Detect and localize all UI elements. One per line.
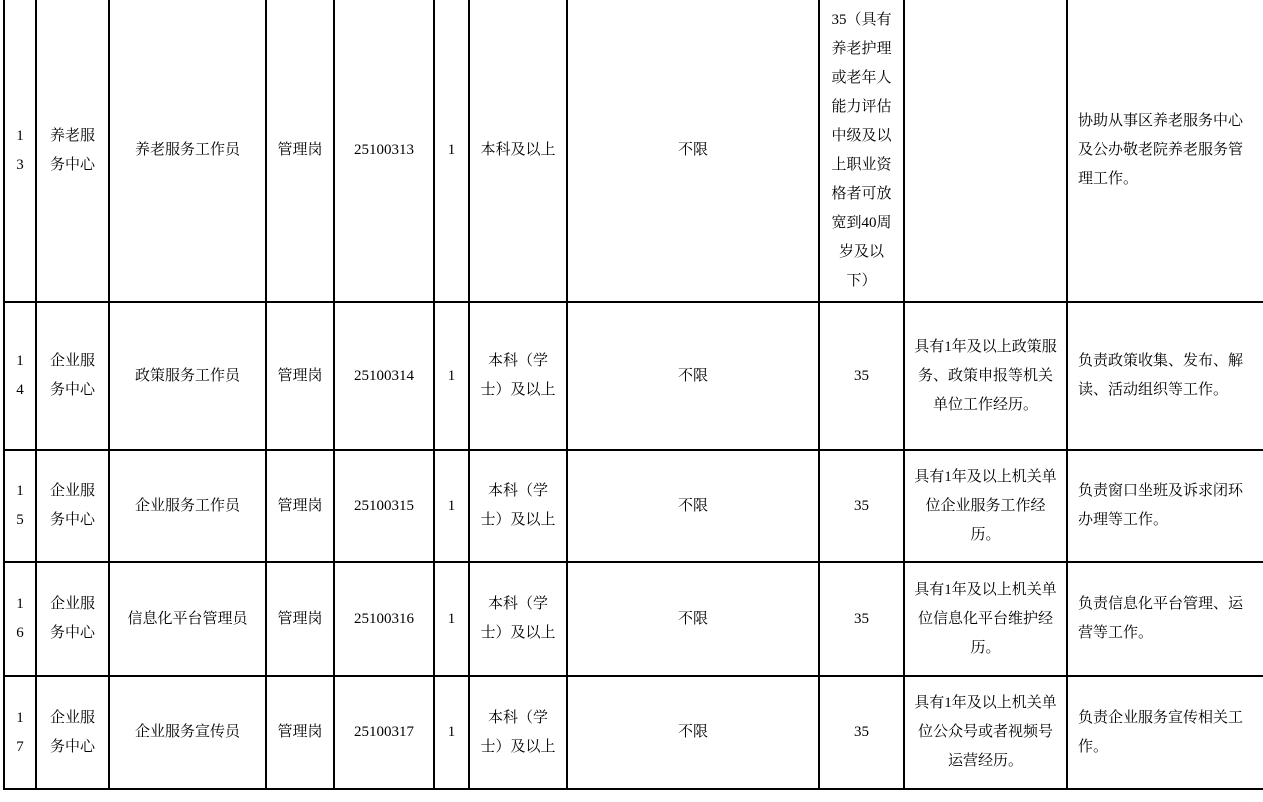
cell-post-type: 管理岗 — [266, 0, 334, 302]
table-row: 1 7 企业服 务中心 企业服务宣传员 管理岗 25100317 1 本科（学 … — [4, 676, 1263, 789]
table-row: 1 3 养老服 务中心 养老服务工作员 管理岗 25100313 1 本科及以上… — [4, 0, 1263, 302]
cell-major: 不限 — [567, 302, 819, 450]
cell-education: 本科（学 士）及以上 — [469, 302, 567, 450]
cell-age-limit: 35（具有 养老护理 或老年人 能力评估 中级及以 上职业资 格者可放 宽到40… — [819, 0, 904, 302]
cell-education: 本科（学 士）及以上 — [469, 562, 567, 676]
cell-duties: 协助从事区养老服务中心 及公办敬老院养老服务管 理工作。 — [1067, 0, 1263, 302]
cell-position: 企业服务工作员 — [109, 450, 266, 562]
cell-code: 25100314 — [334, 302, 434, 450]
cell-post-type: 管理岗 — [266, 676, 334, 789]
cell-duties: 负责政策收集、发布、解 读、活动组织等工作。 — [1067, 302, 1263, 450]
cell-age-limit: 35 — [819, 676, 904, 789]
cell-major: 不限 — [567, 450, 819, 562]
table-row: 1 6 企业服 务中心 信息化平台管理员 管理岗 25100316 1 本科（学… — [4, 562, 1263, 676]
cell-serial: 1 3 — [4, 0, 36, 302]
cell-post-type: 管理岗 — [266, 302, 334, 450]
cell-headcount: 1 — [434, 302, 469, 450]
cell-serial: 1 5 — [4, 450, 36, 562]
cell-headcount: 1 — [434, 450, 469, 562]
table-row: 1 4 企业服 务中心 政策服务工作员 管理岗 25100314 1 本科（学 … — [4, 302, 1263, 450]
cell-code: 25100317 — [334, 676, 434, 789]
cell-unit: 养老服 务中心 — [36, 0, 109, 302]
cell-experience: 具有1年及以上机关单 位公众号或者视频号 运营经历。 — [904, 676, 1067, 789]
cell-position: 养老服务工作员 — [109, 0, 266, 302]
cell-experience: 具有1年及以上政策服 务、政策申报等机关 单位工作经历。 — [904, 302, 1067, 450]
cell-major: 不限 — [567, 0, 819, 302]
cell-major: 不限 — [567, 676, 819, 789]
cell-experience: 具有1年及以上机关单 位信息化平台维护经 历。 — [904, 562, 1067, 676]
cell-headcount: 1 — [434, 562, 469, 676]
cell-experience — [904, 0, 1067, 302]
cell-age-limit: 35 — [819, 450, 904, 562]
cell-code: 25100316 — [334, 562, 434, 676]
cell-unit: 企业服 务中心 — [36, 302, 109, 450]
cell-headcount: 1 — [434, 676, 469, 789]
cell-duties: 负责企业服务宣传相关工 作。 — [1067, 676, 1263, 789]
cell-age-limit: 35 — [819, 562, 904, 676]
cell-headcount: 1 — [434, 0, 469, 302]
cell-education: 本科及以上 — [469, 0, 567, 302]
job-positions-table: 1 3 养老服 务中心 养老服务工作员 管理岗 25100313 1 本科及以上… — [3, 0, 1263, 790]
cell-serial: 1 4 — [4, 302, 36, 450]
cell-code: 25100315 — [334, 450, 434, 562]
cell-experience: 具有1年及以上机关单 位企业服务工作经 历。 — [904, 450, 1067, 562]
cell-position: 政策服务工作员 — [109, 302, 266, 450]
cell-education: 本科（学 士）及以上 — [469, 676, 567, 789]
table-row: 1 5 企业服 务中心 企业服务工作员 管理岗 25100315 1 本科（学 … — [4, 450, 1263, 562]
cell-unit: 企业服 务中心 — [36, 450, 109, 562]
cell-position: 信息化平台管理员 — [109, 562, 266, 676]
cell-unit: 企业服 务中心 — [36, 562, 109, 676]
cell-major: 不限 — [567, 562, 819, 676]
cell-age-limit: 35 — [819, 302, 904, 450]
cell-serial: 1 6 — [4, 562, 36, 676]
cell-serial: 1 7 — [4, 676, 36, 789]
cell-post-type: 管理岗 — [266, 562, 334, 676]
cell-post-type: 管理岗 — [266, 450, 334, 562]
cell-unit: 企业服 务中心 — [36, 676, 109, 789]
recruitment-table-page: 1 3 养老服 务中心 养老服务工作员 管理岗 25100313 1 本科及以上… — [0, 0, 1263, 802]
cell-education: 本科（学 士）及以上 — [469, 450, 567, 562]
cell-duties: 负责信息化平台管理、运 营等工作。 — [1067, 562, 1263, 676]
cell-duties: 负责窗口坐班及诉求闭环 办理等工作。 — [1067, 450, 1263, 562]
cell-code: 25100313 — [334, 0, 434, 302]
cell-position: 企业服务宣传员 — [109, 676, 266, 789]
